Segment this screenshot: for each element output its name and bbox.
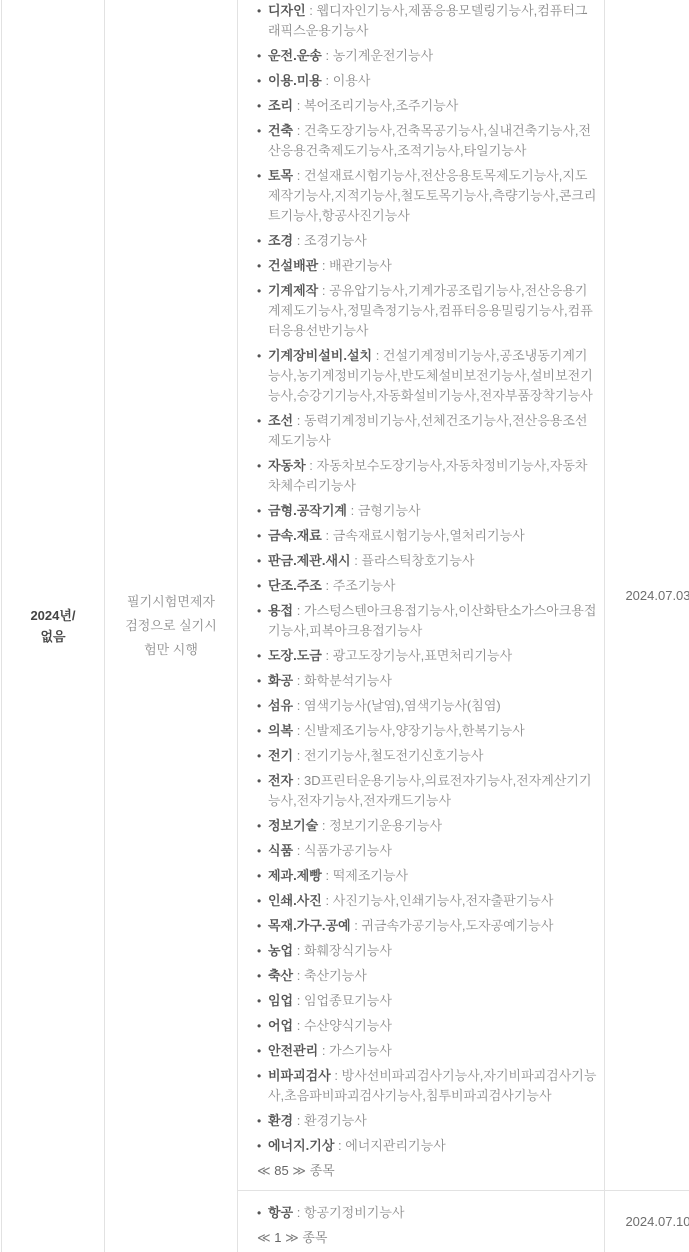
label-separator: : xyxy=(293,413,304,428)
category-certifications: 자동차보수도장기능사,자동차정비기능사,자동차차체수리기능사 xyxy=(268,458,587,493)
label-separator: : xyxy=(293,603,304,618)
rows-block: 디자인 : 웹디자인기능사,제품응용모델링기능사,컴퓨터그래픽스운용기능사운전.… xyxy=(238,0,689,1252)
category-item: 기계장비설비.설치 : 건설기계정비기능사,공조냉동기계기능사,농기계정비기능사… xyxy=(257,346,599,406)
table-row: 항공 : 항공기정비기능사 ≪ 1 ≫ 종목 2024.07.10 xyxy=(238,1191,689,1252)
category-item: 토목 : 건설재료시험기능사,전산응용토목제도기능사,지도제작기능사,지적기능사… xyxy=(257,166,599,226)
category-item: 판금.제관.새시 : 플라스틱창호기능사 xyxy=(257,551,599,571)
label-separator: : xyxy=(351,553,362,568)
label-separator: : xyxy=(293,723,304,738)
date-cell: 2024.07.03 xyxy=(605,0,689,1190)
category-label: 농업 xyxy=(268,943,293,958)
label-separator: : xyxy=(372,348,383,363)
category-label: 제과.제빵 xyxy=(268,868,322,883)
category-item: 축산 : 축산기능사 xyxy=(257,966,599,986)
label-separator: : xyxy=(318,283,329,298)
category-label: 건축 xyxy=(268,123,293,138)
label-separator: : xyxy=(293,968,304,983)
label-separator: : xyxy=(334,1138,345,1153)
year-line: 2024년/ xyxy=(30,605,75,626)
category-item: 용접 : 가스텅스텐아크용접기능사,이산화탄소가스아크용접기능사,피복아크용접기… xyxy=(257,601,599,641)
count-open-mark: ≪ xyxy=(257,1163,271,1178)
category-certifications: 전기기능사,철도전기신호기능사 xyxy=(304,748,483,763)
category-item: 조선 : 동력기계정비기능사,선체건조기능사,전산응용조선제도기능사 xyxy=(257,411,599,451)
category-item: 조리 : 복어조리기능사,조주기능사 xyxy=(257,96,599,116)
category-item: 어업 : 수산양식기능사 xyxy=(257,1016,599,1036)
category-label: 조선 xyxy=(268,413,293,428)
category-certifications: 이용사 xyxy=(333,73,371,88)
item-count-line: ≪ 1 ≫ 종목 xyxy=(257,1228,599,1248)
category-certifications: 조경기능사 xyxy=(304,233,367,248)
category-certifications: 화훼장식기능사 xyxy=(304,943,392,958)
category-item: 화공 : 화학분석기능사 xyxy=(257,671,599,691)
category-label: 금속.재료 xyxy=(268,528,322,543)
category-item: 농업 : 화훼장식기능사 xyxy=(257,941,599,961)
label-separator: : xyxy=(306,3,317,18)
category-item: 안전관리 : 가스기능사 xyxy=(257,1041,599,1061)
category-label: 전기 xyxy=(268,748,293,763)
category-certifications: 건설재료시험기능사,전산응용토목제도기능사,지도제작기능사,지적기능사,철도토목… xyxy=(268,168,596,223)
year-none-line: 없음 xyxy=(40,626,65,647)
category-certifications: 동력기계정비기능사,선체건조기능사,전산응용조선제도기능사 xyxy=(268,413,587,448)
category-certifications: 광고도장기능사,표면처리기능사 xyxy=(333,648,512,663)
category-certifications: 축산기능사 xyxy=(304,968,367,983)
label-separator: : xyxy=(293,993,304,1008)
category-certifications: 주조기능사 xyxy=(333,578,396,593)
category-certifications: 금속재료시험기능사,열처리기능사 xyxy=(333,528,525,543)
category-certifications: 농기계운전기능사 xyxy=(333,48,433,63)
category-label: 섬유 xyxy=(268,698,293,713)
category-item: 환경 : 환경기능사 xyxy=(257,1111,599,1131)
category-label: 인쇄.사진 xyxy=(268,893,322,908)
category-certifications: 떡제조기능사 xyxy=(333,868,408,883)
category-item: 에너지.기상 : 에너지관리기능사 xyxy=(257,1136,599,1156)
category-label: 항공 xyxy=(268,1205,293,1220)
year-cell: 2024년/ 없음 xyxy=(2,0,105,1252)
label-separator: : xyxy=(293,773,304,788)
category-item: 기계제작 : 공유압기능사,기계가공조립기능사,전산응용기계제도기능사,정밀측정… xyxy=(257,281,599,341)
label-separator: : xyxy=(293,168,304,183)
label-separator: : xyxy=(331,1068,342,1083)
category-label: 조리 xyxy=(268,98,293,113)
category-certifications: 염색기능사(날염),염색기능사(침염) xyxy=(304,698,501,713)
label-separator: : xyxy=(293,843,304,858)
category-item: 건설배관 : 배관기능사 xyxy=(257,256,599,276)
category-list-cell: 디자인 : 웹디자인기능사,제품응용모델링기능사,컴퓨터그래픽스운용기능사운전.… xyxy=(238,0,605,1190)
category-item: 단조.주조 : 주조기능사 xyxy=(257,576,599,596)
label-separator: : xyxy=(322,868,333,883)
exam-date: 2024.07.10 xyxy=(625,1214,689,1229)
category-certifications: 3D프린터운용기능사,의료전자기능사,전자계산기기능사,전자기능사,전자캐드기능… xyxy=(268,773,592,808)
category-item: 식품 : 식품가공기능사 xyxy=(257,841,599,861)
date-cell: 2024.07.10 xyxy=(605,1191,689,1252)
category-certifications: 화학분석기능사 xyxy=(304,673,392,688)
qualification-table: 2024년/ 없음 필기시험면제자 검정으로 실기시험만 시행 디자인 : 웹디… xyxy=(1,0,689,1252)
exam-date: 2024.07.03 xyxy=(625,588,689,603)
category-certifications: 웹디자인기능사,제품응용모델링기능사,컴퓨터그래픽스운용기능사 xyxy=(268,3,587,38)
category-label: 운전.운송 xyxy=(268,48,322,63)
label-separator: : xyxy=(322,893,333,908)
category-certifications: 사진기능사,인쇄기능사,전자출판기능사 xyxy=(333,893,554,908)
category-item: 금속.재료 : 금속재료시험기능사,열처리기능사 xyxy=(257,526,599,546)
label-separator: : xyxy=(318,1043,329,1058)
label-separator: : xyxy=(293,673,304,688)
category-item: 인쇄.사진 : 사진기능사,인쇄기능사,전자출판기능사 xyxy=(257,891,599,911)
category-label: 기계장비설비.설치 xyxy=(268,348,372,363)
category-label: 정보기술 xyxy=(268,818,318,833)
label-separator: : xyxy=(293,1113,304,1128)
label-separator: : xyxy=(306,458,317,473)
category-item: 섬유 : 염색기능사(날염),염색기능사(침염) xyxy=(257,696,599,716)
label-separator: : xyxy=(293,233,304,248)
label-separator: : xyxy=(293,1205,304,1220)
category-certifications: 정보기기운용기능사 xyxy=(329,818,442,833)
label-separator: : xyxy=(322,648,333,663)
category-label: 의복 xyxy=(268,723,293,738)
label-separator: : xyxy=(322,528,333,543)
category-label: 자동차 xyxy=(268,458,306,473)
label-separator: : xyxy=(293,748,304,763)
count-open-mark: ≪ xyxy=(257,1230,271,1245)
label-separator: : xyxy=(293,98,304,113)
exam-note-text: 필기시험면제자 검정으로 실기시험만 시행 xyxy=(119,590,223,662)
category-item: 전기 : 전기기능사,철도전기신호기능사 xyxy=(257,746,599,766)
category-item: 운전.운송 : 농기계운전기능사 xyxy=(257,46,599,66)
label-separator: : xyxy=(293,698,304,713)
category-certifications: 귀금속가공기능사,도자공예기능사 xyxy=(361,918,553,933)
category-certifications: 에너지관리기능사 xyxy=(345,1138,445,1153)
category-label: 안전관리 xyxy=(268,1043,318,1058)
category-label: 금형.공작기계 xyxy=(268,503,347,518)
category-label: 기계제작 xyxy=(268,283,318,298)
category-item: 이용.미용 : 이용사 xyxy=(257,71,599,91)
category-label: 축산 xyxy=(268,968,293,983)
category-item: 비파괴검사 : 방사선비파괴검사기능사,자기비파괴검사기능사,초음파비파괴검사기… xyxy=(257,1066,599,1106)
count-value: 85 xyxy=(274,1163,288,1178)
category-item: 의복 : 신발제조기능사,양장기능사,한복기능사 xyxy=(257,721,599,741)
count-close-mark: ≫ xyxy=(292,1163,306,1178)
label-separator: : xyxy=(293,943,304,958)
category-item: 디자인 : 웹디자인기능사,제품응용모델링기능사,컴퓨터그래픽스운용기능사 xyxy=(257,1,599,41)
category-certifications: 식품가공기능사 xyxy=(304,843,392,858)
category-item: 금형.공작기계 : 금형기능사 xyxy=(257,501,599,521)
label-separator: : xyxy=(322,578,333,593)
category-label: 어업 xyxy=(268,1018,293,1033)
category-item: 조경 : 조경기능사 xyxy=(257,231,599,251)
category-item: 전자 : 3D프린터운용기능사,의료전자기능사,전자계산기기능사,전자기능사,전… xyxy=(257,771,599,811)
category-certifications: 가스기능사 xyxy=(329,1043,392,1058)
category-list: 항공 : 항공기정비기능사 xyxy=(257,1203,599,1223)
category-item: 도장.도금 : 광고도장기능사,표면처리기능사 xyxy=(257,646,599,666)
category-label: 디자인 xyxy=(268,3,306,18)
category-label: 화공 xyxy=(268,673,293,688)
category-label: 임업 xyxy=(268,993,293,1008)
category-item: 항공 : 항공기정비기능사 xyxy=(257,1203,599,1223)
category-certifications: 신발제조기능사,양장기능사,한복기능사 xyxy=(304,723,525,738)
item-count-line: ≪ 85 ≫ 종목 xyxy=(257,1161,599,1181)
category-label: 에너지.기상 xyxy=(268,1138,334,1153)
label-separator: : xyxy=(351,918,362,933)
category-item: 정보기술 : 정보기기운용기능사 xyxy=(257,816,599,836)
category-label: 환경 xyxy=(268,1113,293,1128)
category-certifications: 복어조리기능사,조주기능사 xyxy=(304,98,458,113)
table-row: 디자인 : 웹디자인기능사,제품응용모델링기능사,컴퓨터그래픽스운용기능사운전.… xyxy=(238,0,689,1191)
category-label: 건설배관 xyxy=(268,258,318,273)
category-certifications: 환경기능사 xyxy=(304,1113,367,1128)
label-separator: : xyxy=(318,818,329,833)
category-list-cell: 항공 : 항공기정비기능사 ≪ 1 ≫ 종목 xyxy=(238,1191,605,1252)
label-separator: : xyxy=(293,123,304,138)
category-item: 자동차 : 자동차보수도장기능사,자동차정비기능사,자동차차체수리기능사 xyxy=(257,456,599,496)
category-label: 토목 xyxy=(268,168,293,183)
category-item: 건축 : 건축도장기능사,건축목공기능사,실내건축기능사,전산응용건축제도기능사… xyxy=(257,121,599,161)
category-certifications: 수산양식기능사 xyxy=(304,1018,392,1033)
page-viewport: 2024년/ 없음 필기시험면제자 검정으로 실기시험만 시행 디자인 : 웹디… xyxy=(0,0,689,1252)
category-label: 이용.미용 xyxy=(268,73,322,88)
category-certifications: 플라스틱창호기능사 xyxy=(361,553,474,568)
category-item: 목재.가구.공예 : 귀금속가공기능사,도자공예기능사 xyxy=(257,916,599,936)
category-label: 식품 xyxy=(268,843,293,858)
count-value: 1 xyxy=(274,1230,281,1245)
category-certifications: 건축도장기능사,건축목공기능사,실내건축기능사,전산응용건축제도기능사,조적기능… xyxy=(268,123,591,158)
category-certifications: 배관기능사 xyxy=(329,258,392,273)
label-separator: : xyxy=(322,48,333,63)
label-separator: : xyxy=(322,73,333,88)
label-separator: : xyxy=(293,1018,304,1033)
category-certifications: 금형기능사 xyxy=(358,503,421,518)
category-label: 단조.주조 xyxy=(268,578,322,593)
category-certifications: 임업종묘기능사 xyxy=(304,993,392,1008)
label-separator: : xyxy=(318,258,329,273)
category-label: 목재.가구.공예 xyxy=(268,918,351,933)
category-certifications: 가스텅스텐아크용접기능사,이산화탄소가스아크용접기능사,피복아크용접기능사 xyxy=(268,603,596,638)
count-unit: 종목 xyxy=(302,1230,327,1245)
category-label: 전자 xyxy=(268,773,293,788)
category-label: 도장.도금 xyxy=(268,648,322,663)
category-certifications: 항공기정비기능사 xyxy=(304,1205,404,1220)
exam-note-cell: 필기시험면제자 검정으로 실기시험만 시행 xyxy=(105,0,238,1252)
label-separator: : xyxy=(347,503,358,518)
category-label: 용접 xyxy=(268,603,293,618)
count-unit: 종목 xyxy=(310,1163,335,1178)
category-label: 조경 xyxy=(268,233,293,248)
category-item: 제과.제빵 : 떡제조기능사 xyxy=(257,866,599,886)
category-item: 임업 : 임업종묘기능사 xyxy=(257,991,599,1011)
category-label: 판금.제관.새시 xyxy=(268,553,351,568)
count-close-mark: ≫ xyxy=(285,1230,299,1245)
category-label: 비파괴검사 xyxy=(268,1068,331,1083)
category-list: 디자인 : 웹디자인기능사,제품응용모델링기능사,컴퓨터그래픽스운용기능사운전.… xyxy=(257,1,599,1156)
